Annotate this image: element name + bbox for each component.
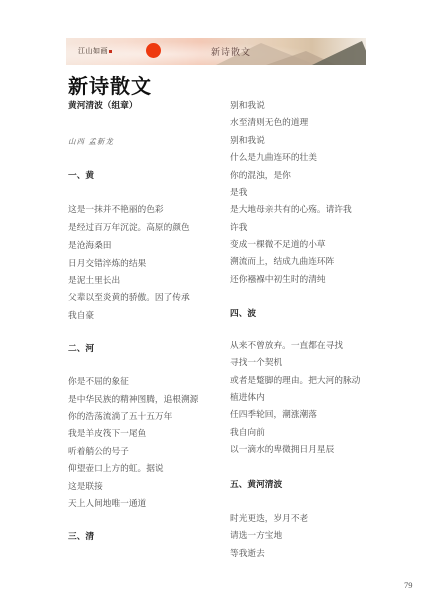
section-heading: 一、黄	[68, 172, 94, 181]
poem-line: 天上人间地唯一通道	[68, 500, 146, 509]
poem-line: 还你襁褓中初生时的清纯	[230, 276, 326, 285]
poem-line: 水至清则无色的道理	[230, 119, 308, 128]
page-title: 新诗散文	[68, 70, 152, 99]
section-heading: 二、河	[68, 345, 94, 354]
poem-line: 溯流而上，结成九曲连环阵	[230, 258, 334, 267]
seal-icon	[109, 50, 112, 53]
poem-line: 你的混浊，是你	[230, 172, 291, 181]
poem-line: 是经过百万年沉淀。高原的颜色	[68, 224, 190, 233]
header-banner: 江山如画 新诗散文	[66, 38, 366, 65]
poem-line: 别和我说	[230, 102, 265, 111]
section-heading: 四、波	[230, 310, 256, 319]
poem-line: 别和我说	[230, 137, 265, 146]
poem-line: 任四季轮回，潮涨潮落	[230, 411, 317, 420]
poem-line: 日月交错淬炼的结果	[68, 260, 146, 269]
poem-line: 许我	[230, 224, 247, 233]
poem-author: 山西 孟新龙	[68, 138, 114, 146]
poem-line: 是泥土里长出	[68, 277, 120, 286]
poem-line: 是大地母亲共有的心殇。请许我	[230, 206, 352, 215]
poem-line: 寻找一个契机	[230, 359, 282, 368]
poem-line: 你的浩荡流淌了五十五万年	[68, 413, 172, 422]
section-heading: 五、黄河清波	[230, 481, 282, 490]
poem-line: 是沧海桑田	[68, 242, 111, 251]
poem-title: 黄河清波（组章）	[68, 102, 138, 111]
poem-line: 什么是九曲连环的壮美	[230, 154, 317, 163]
poem-line: 以一滴水的卑微拥日月星辰	[230, 446, 334, 455]
poem-line: 植进体内	[230, 394, 265, 403]
poem-line: 这是一抹并不艳丽的色彩	[68, 206, 164, 215]
poem-line: 是我	[230, 189, 247, 198]
poem-line: 我自豪	[68, 312, 94, 321]
red-sun-icon	[146, 43, 161, 58]
poem-line: 我是羊皮筏下一尾鱼	[68, 430, 146, 439]
poem-line: 或者是蹩脚的理由。把大河的脉动	[230, 377, 360, 386]
banner-brand: 江山如画	[78, 46, 112, 56]
poem-line: 等我逝去	[230, 550, 265, 559]
poem-line: 是中华民族的精神图腾，追根溯源	[68, 396, 198, 405]
banner-mountain	[312, 41, 366, 65]
poem-line: 从来不曾放弃。一直都在寻找	[230, 342, 343, 351]
poem-line: 变成一棵微不足道的小草	[230, 241, 326, 250]
poem-line: 这是联接	[68, 483, 103, 492]
poem-line: 时光更迭，岁月不老	[230, 515, 308, 524]
poem-line: 仰望壶口上方的虹。据说	[68, 465, 164, 474]
section-heading: 三、清	[68, 533, 94, 542]
poem-line: 你是不屈的象征	[68, 378, 129, 387]
poem-line: 父辈以至炎黄的骄傲。因了传承	[68, 294, 190, 303]
poem-line: 听着艄公的号子	[68, 448, 129, 457]
poem-line: 请选一方宝地	[230, 532, 282, 541]
banner-section-name: 新诗散文	[211, 45, 251, 58]
page-number: 79	[404, 580, 413, 590]
poem-line: 我自向前	[230, 429, 265, 438]
